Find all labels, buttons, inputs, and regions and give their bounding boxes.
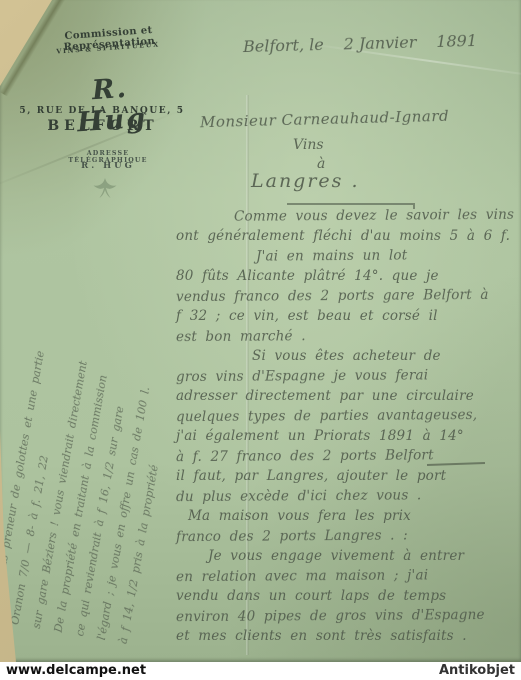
body-line: Ma maison vous fera les prix xyxy=(176,506,514,526)
body-line: en relation avec ma maison ; j'ai xyxy=(176,565,514,587)
fleuron-icon xyxy=(92,177,118,201)
recipient-city: Langres . xyxy=(251,170,360,192)
body-line: et mes clients en sont très satisfaits . xyxy=(176,626,514,646)
body-line: f 32 ; ce vin, est beau et corsé il xyxy=(176,306,514,326)
body-line: 80 fûts Alicante plâtré 14°. que je xyxy=(176,266,514,286)
scanned-letter-page: Commission et Représentation VINS & SPIR… xyxy=(0,0,521,680)
date-place: Belfort, le xyxy=(243,35,324,56)
recipient-name: Monsieur Carneauhaud-Ignard xyxy=(200,107,449,132)
letter-paper: Commission et Représentation VINS & SPIR… xyxy=(0,0,521,662)
body-line: Si vous êtes acheteur de xyxy=(176,346,514,366)
body-line: il faut, par Langres, ajouter le port xyxy=(176,466,514,486)
recipient-trade: Vins xyxy=(293,137,324,153)
date-year: 1891 xyxy=(436,31,477,51)
antikobjet-watermark: Antikobjet xyxy=(439,663,515,678)
body-line: gros vins d'Espagne je vous ferai xyxy=(176,365,514,387)
letterhead-city: BELFORT xyxy=(28,118,178,134)
body-line: est bon marché . xyxy=(176,325,514,347)
delcampe-watermark: www.delcampe.net xyxy=(6,663,146,678)
letterhead-street-address: 5, RUE DE LA BANQUE, 5 xyxy=(18,106,186,116)
date-line: Belfort, le 2 Janvier 1891 xyxy=(243,31,477,56)
body-line: environ 40 pipes de gros vins d'Espagne xyxy=(176,605,514,627)
body-line: franco des 2 ports Langres . : xyxy=(176,525,514,547)
letterhead-telegraph-name: R. HUG xyxy=(54,161,162,171)
margin-note-rotated: Seriez vous preneur de golottes et une p… xyxy=(0,284,193,646)
watermark-strip: www.delcampe.net Antikobjet xyxy=(0,662,521,680)
body-line: Je vous engage vivement à entrer xyxy=(176,546,514,566)
body-line: Comme vous devez le savoir les vins xyxy=(176,205,514,227)
body-line: du plus excède d'ici chez vous . xyxy=(176,485,514,507)
body-line: quelques types de parties avantageuses, xyxy=(176,405,514,427)
body-line: j'ai également un Priorats 1891 à 14° xyxy=(176,426,514,446)
body-line: vendus franco des 2 ports gare Belfort à xyxy=(176,285,514,307)
body-line: adresser directement par une circulaire xyxy=(176,386,514,406)
date-day: 2 Janvier xyxy=(343,33,416,54)
letter-body: Comme vous devez le savoir les vins ont … xyxy=(176,206,514,646)
body-line: ont généralement fléchi d'au moins 5 à 6… xyxy=(176,226,514,246)
body-line: vendu dans un court laps de temps xyxy=(176,586,514,606)
body-line: J'ai en mains un lot xyxy=(176,245,514,267)
